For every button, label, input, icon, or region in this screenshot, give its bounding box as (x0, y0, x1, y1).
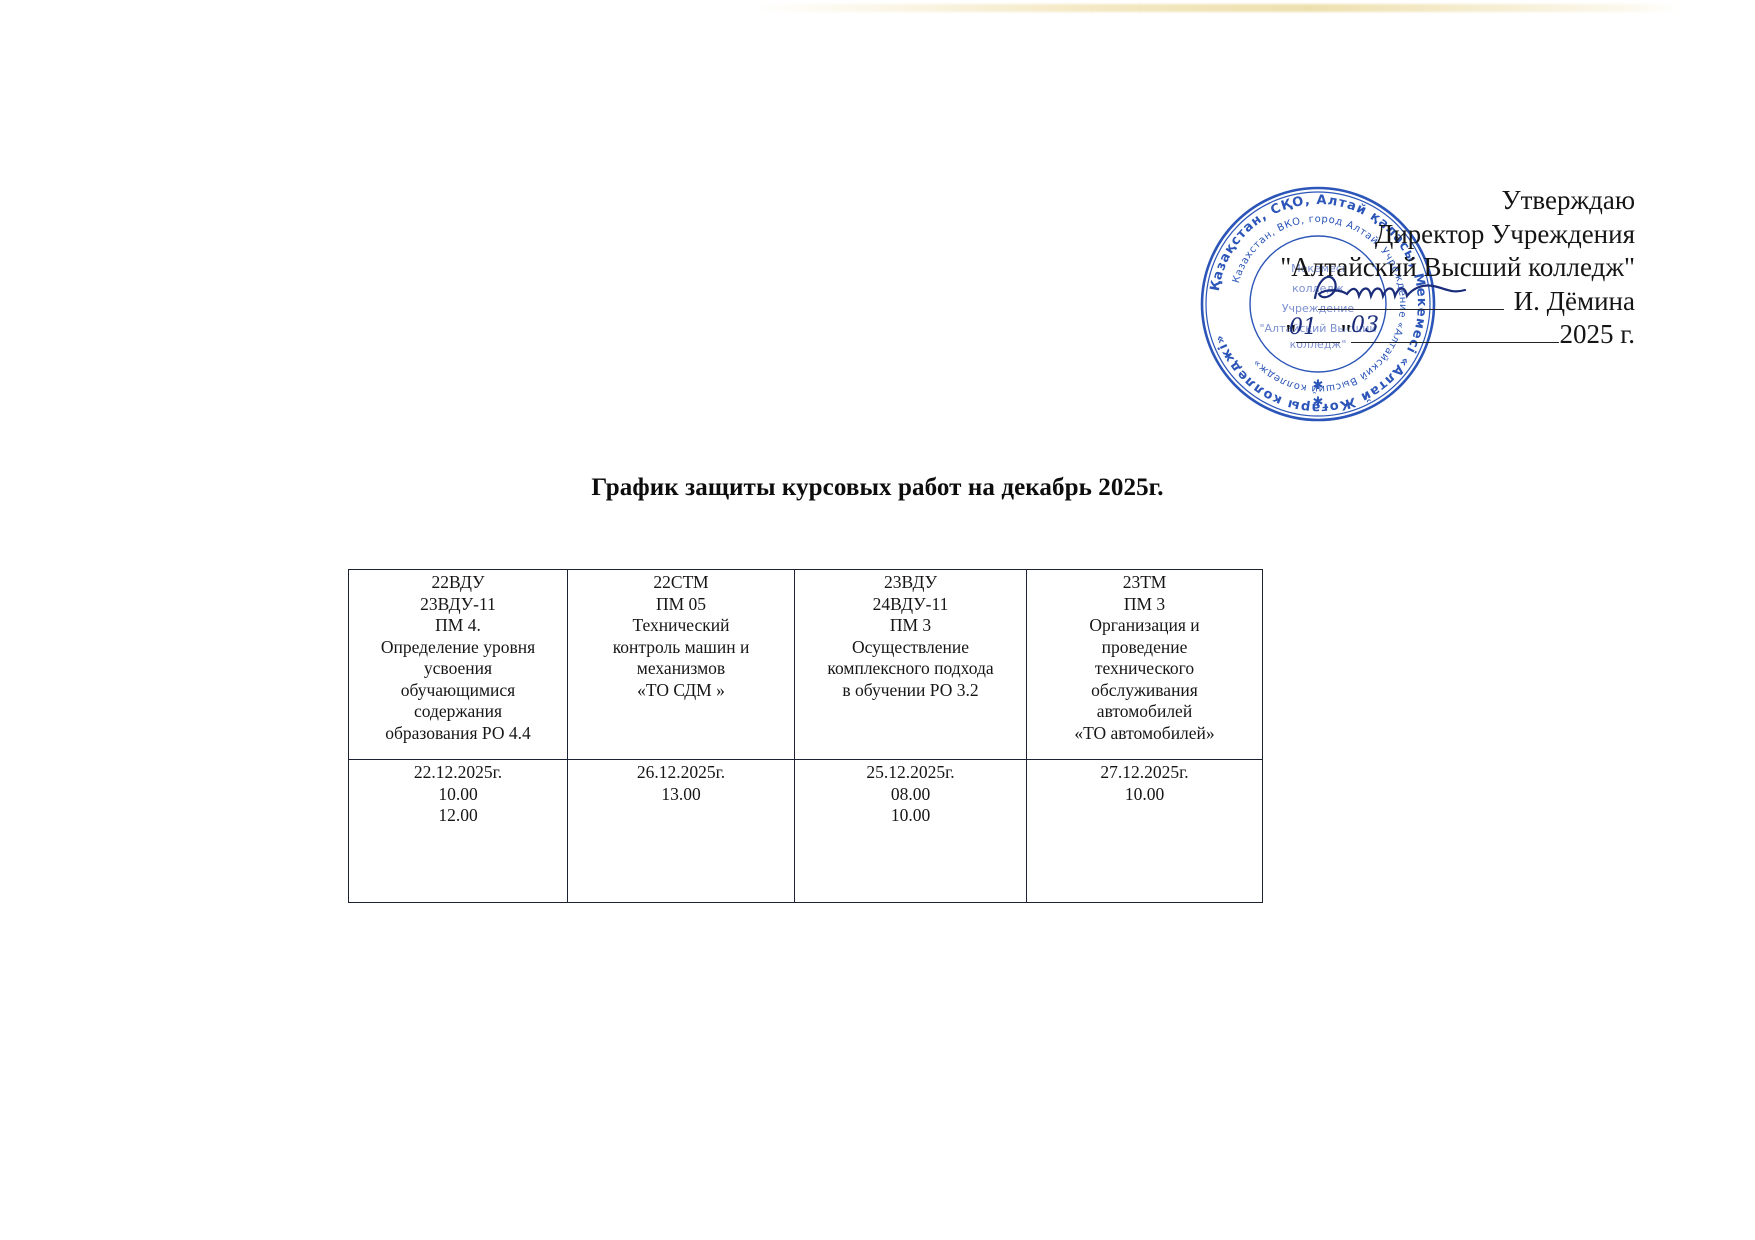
stamp-star-icon: ✱ (1313, 394, 1324, 409)
document-title: График защиты курсовых работ на декабрь … (0, 474, 1755, 502)
director-name: И. Дёмина (1514, 286, 1635, 316)
date-time-cell: 27.12.2025г. 10.00 (1027, 760, 1263, 903)
module-title-line: автомобилей (1033, 701, 1256, 723)
group-code: 22СТМ (574, 572, 788, 594)
defense-time: 12.00 (355, 805, 561, 827)
group-code: 22ВДУ (355, 572, 561, 594)
svg-text:03: 03 (1351, 313, 1379, 338)
module-title-line: образования РО 4.4 (355, 723, 561, 745)
defense-time: 10.00 (801, 805, 1020, 827)
module-code: ПМ 05 (574, 594, 788, 616)
module-code: ПМ 3 (1033, 594, 1256, 616)
date-time-cell: 25.12.2025г. 08.00 10.00 (795, 760, 1027, 903)
defense-time: 08.00 (801, 784, 1020, 806)
approval-year: 2025 г. (1559, 319, 1635, 349)
module-title-line: проведение (1033, 637, 1256, 659)
date-time-cell: 26.12.2025г. 13.00 (568, 760, 795, 903)
module-title-line: технического (1033, 658, 1256, 680)
approval-position: Директор Учреждения (1280, 218, 1635, 252)
defense-date: 26.12.2025г. (574, 762, 788, 784)
group-code: 24ВДУ-11 (801, 594, 1020, 616)
table-row: 22.12.2025г. 10.00 12.00 26.12.2025г. 13… (349, 760, 1263, 903)
director-signature (1305, 268, 1475, 308)
module-code: ПМ 4. (355, 615, 561, 637)
svg-text:01: 01 (1289, 315, 1317, 340)
scan-artifact (750, 4, 1680, 12)
handwritten-day: 01 (1283, 310, 1343, 342)
group-cell: 23ВДУ 24ВДУ-11 ПМ 3 Осуществление компле… (795, 570, 1027, 760)
defense-time: 13.00 (574, 784, 788, 806)
group-cell: 22ВДУ 23ВДУ-11 ПМ 4. Определение уровня … (349, 570, 568, 760)
defense-date: 25.12.2025г. (801, 762, 1020, 784)
module-title-line: «ТО автомобилей» (1033, 723, 1256, 745)
module-title-line: «ТО СДМ » (574, 680, 788, 702)
module-title-line: обслуживания (1033, 680, 1256, 702)
group-cell: 23ТМ ПМ 3 Организация и проведение техни… (1027, 570, 1263, 760)
group-cell: 22СТМ ПМ 05 Технический контроль машин и… (568, 570, 795, 760)
defense-schedule-table: 22ВДУ 23ВДУ-11 ПМ 4. Определение уровня … (348, 569, 1263, 903)
module-title-line: Технический (574, 615, 788, 637)
module-code: ПМ 3 (801, 615, 1020, 637)
group-code: 23ВДУ (801, 572, 1020, 594)
defense-date: 27.12.2025г. (1033, 762, 1256, 784)
group-code: 23ВДУ-11 (355, 594, 561, 616)
table-header-row: 22ВДУ 23ВДУ-11 ПМ 4. Определение уровня … (349, 570, 1263, 760)
module-title-line: содержания (355, 701, 561, 723)
handwritten-month: 03 (1345, 306, 1405, 340)
module-title-line: усвоения (355, 658, 561, 680)
defense-time: 10.00 (1033, 784, 1256, 806)
module-title-line: Организация и (1033, 615, 1256, 637)
module-title-line: в обучении РО 3.2 (801, 680, 1020, 702)
group-code: 23ТМ (1033, 572, 1256, 594)
module-title-line: Осуществление (801, 637, 1020, 659)
stamp-star-icon: ✱ (1313, 377, 1324, 392)
module-title-line: обучающимися (355, 680, 561, 702)
defense-time: 10.00 (355, 784, 561, 806)
module-title-line: механизмов (574, 658, 788, 680)
defense-date: 22.12.2025г. (355, 762, 561, 784)
module-title-line: Определение уровня (355, 637, 561, 659)
module-title-line: комплексного подхода (801, 658, 1020, 680)
date-time-cell: 22.12.2025г. 10.00 12.00 (349, 760, 568, 903)
module-title-line: контроль машин и (574, 637, 788, 659)
approval-heading: Утверждаю (1280, 184, 1635, 218)
